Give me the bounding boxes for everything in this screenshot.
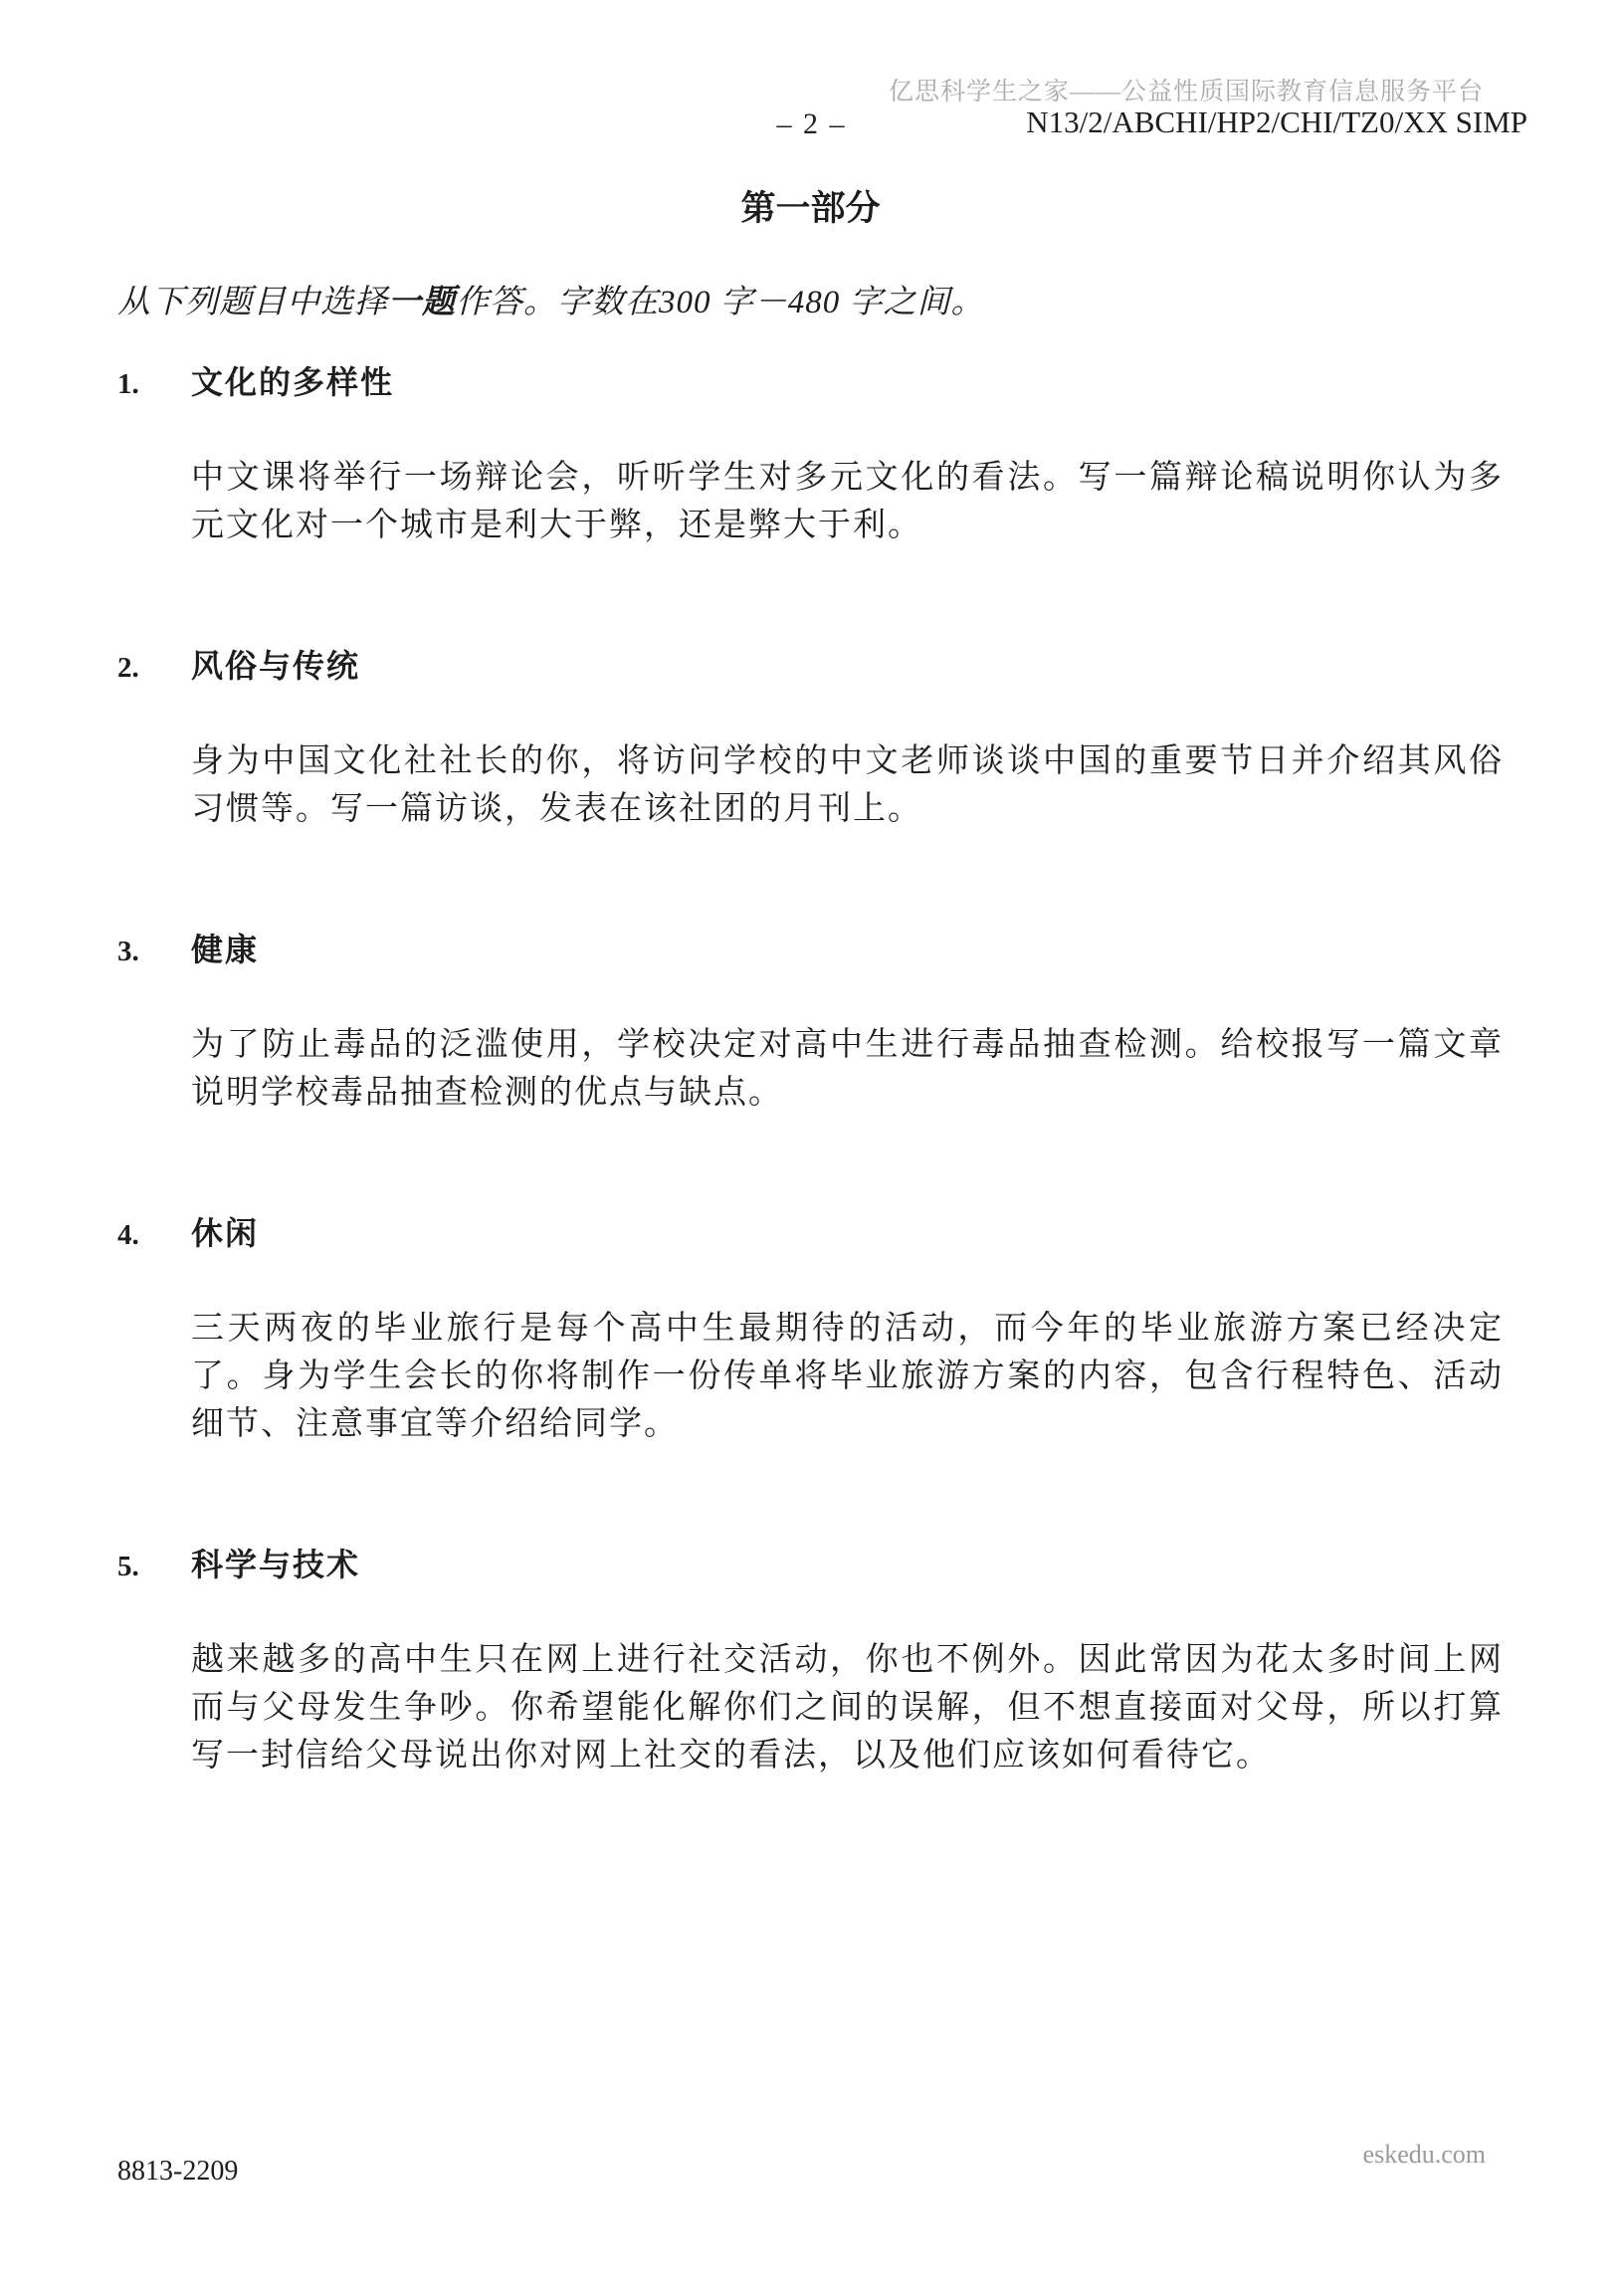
question-heading: 5. 科学与技术 [117,1543,1504,1588]
instruction-part2: 作答。字数在300 字－480 字之间。 [456,285,985,320]
question-text: 三天两夜的毕业旅行是每个高中生最期待的活动，而今年的毕业旅游方案已经决定了。身为… [191,1305,1504,1448]
exam-paper-page: 亿思科学生之家——公益性质国际教育信息服务平台 – 2 – N13/2/ABCH… [0,0,1623,2296]
question-item: 3. 健康 为了防止毒品的泛滥使用，学校决定对高中生进行毒品抽查检测。给校报写一… [117,928,1504,1117]
question-heading: 3. 健康 [117,928,1504,973]
question-topic: 文化的多样性 [191,360,394,404]
question-text: 为了防止毒品的泛滥使用，学校决定对高中生进行毒品抽查检测。给校报写一篇文章说明学… [191,1021,1504,1117]
question-number: 1. [117,362,191,406]
question-item: 2. 风俗与传统 身为中国文化社社长的你，将访问学校的中文老师谈谈中国的重要节日… [117,644,1504,833]
question-number: 2. [117,646,191,690]
footer-paper-code: 8813-2209 [117,2156,238,2188]
question-text: 身为中国文化社社长的你，将访问学校的中文老师谈谈中国的重要节日并介绍其风俗习惯等… [191,737,1504,833]
question-text: 中文课将举行一场辩论会，听听学生对多元文化的看法。写一篇辩论稿说明你认为多元文化… [191,454,1504,549]
question-topic: 休闲 [191,1211,259,1255]
question-heading: 2. 风俗与传统 [117,644,1504,690]
question-topic: 科学与技术 [191,1543,360,1586]
question-item: 4. 休闲 三天两夜的毕业旅行是每个高中生最期待的活动，而今年的毕业旅游方案已经… [117,1211,1504,1448]
instruction-line: 从下列题目中选择一题作答。字数在300 字－480 字之间。 [117,281,1504,324]
instruction-part1: 从下列题目中选择 [117,285,388,320]
footer-site-text: eskedu.com [1363,2140,1486,2170]
instruction-emphasis: 一题 [388,285,456,320]
question-heading: 1. 文化的多样性 [117,360,1504,406]
main-content: 第一部分 从下列题目中选择一题作答。字数在300 字－480 字之间。 1. 文… [117,0,1504,1874]
question-text: 越来越多的高中生只在网上进行社交活动，你也不例外。因此常因为花太多时间上网而与父… [191,1636,1504,1779]
question-topic: 健康 [191,928,259,971]
question-item: 5. 科学与技术 越来越多的高中生只在网上进行社交活动，你也不例外。因此常因为花… [117,1543,1504,1779]
question-item: 1. 文化的多样性 中文课将举行一场辩论会，听听学生对多元文化的看法。写一篇辩论… [117,360,1504,549]
questions-list: 1. 文化的多样性 中文课将举行一场辩论会，听听学生对多元文化的看法。写一篇辩论… [117,360,1504,1779]
question-number: 5. [117,1545,191,1588]
section-title: 第一部分 [117,187,1504,231]
question-number: 3. [117,930,191,973]
question-heading: 4. 休闲 [117,1211,1504,1257]
question-topic: 风俗与传统 [191,644,360,688]
question-number: 4. [117,1213,191,1257]
